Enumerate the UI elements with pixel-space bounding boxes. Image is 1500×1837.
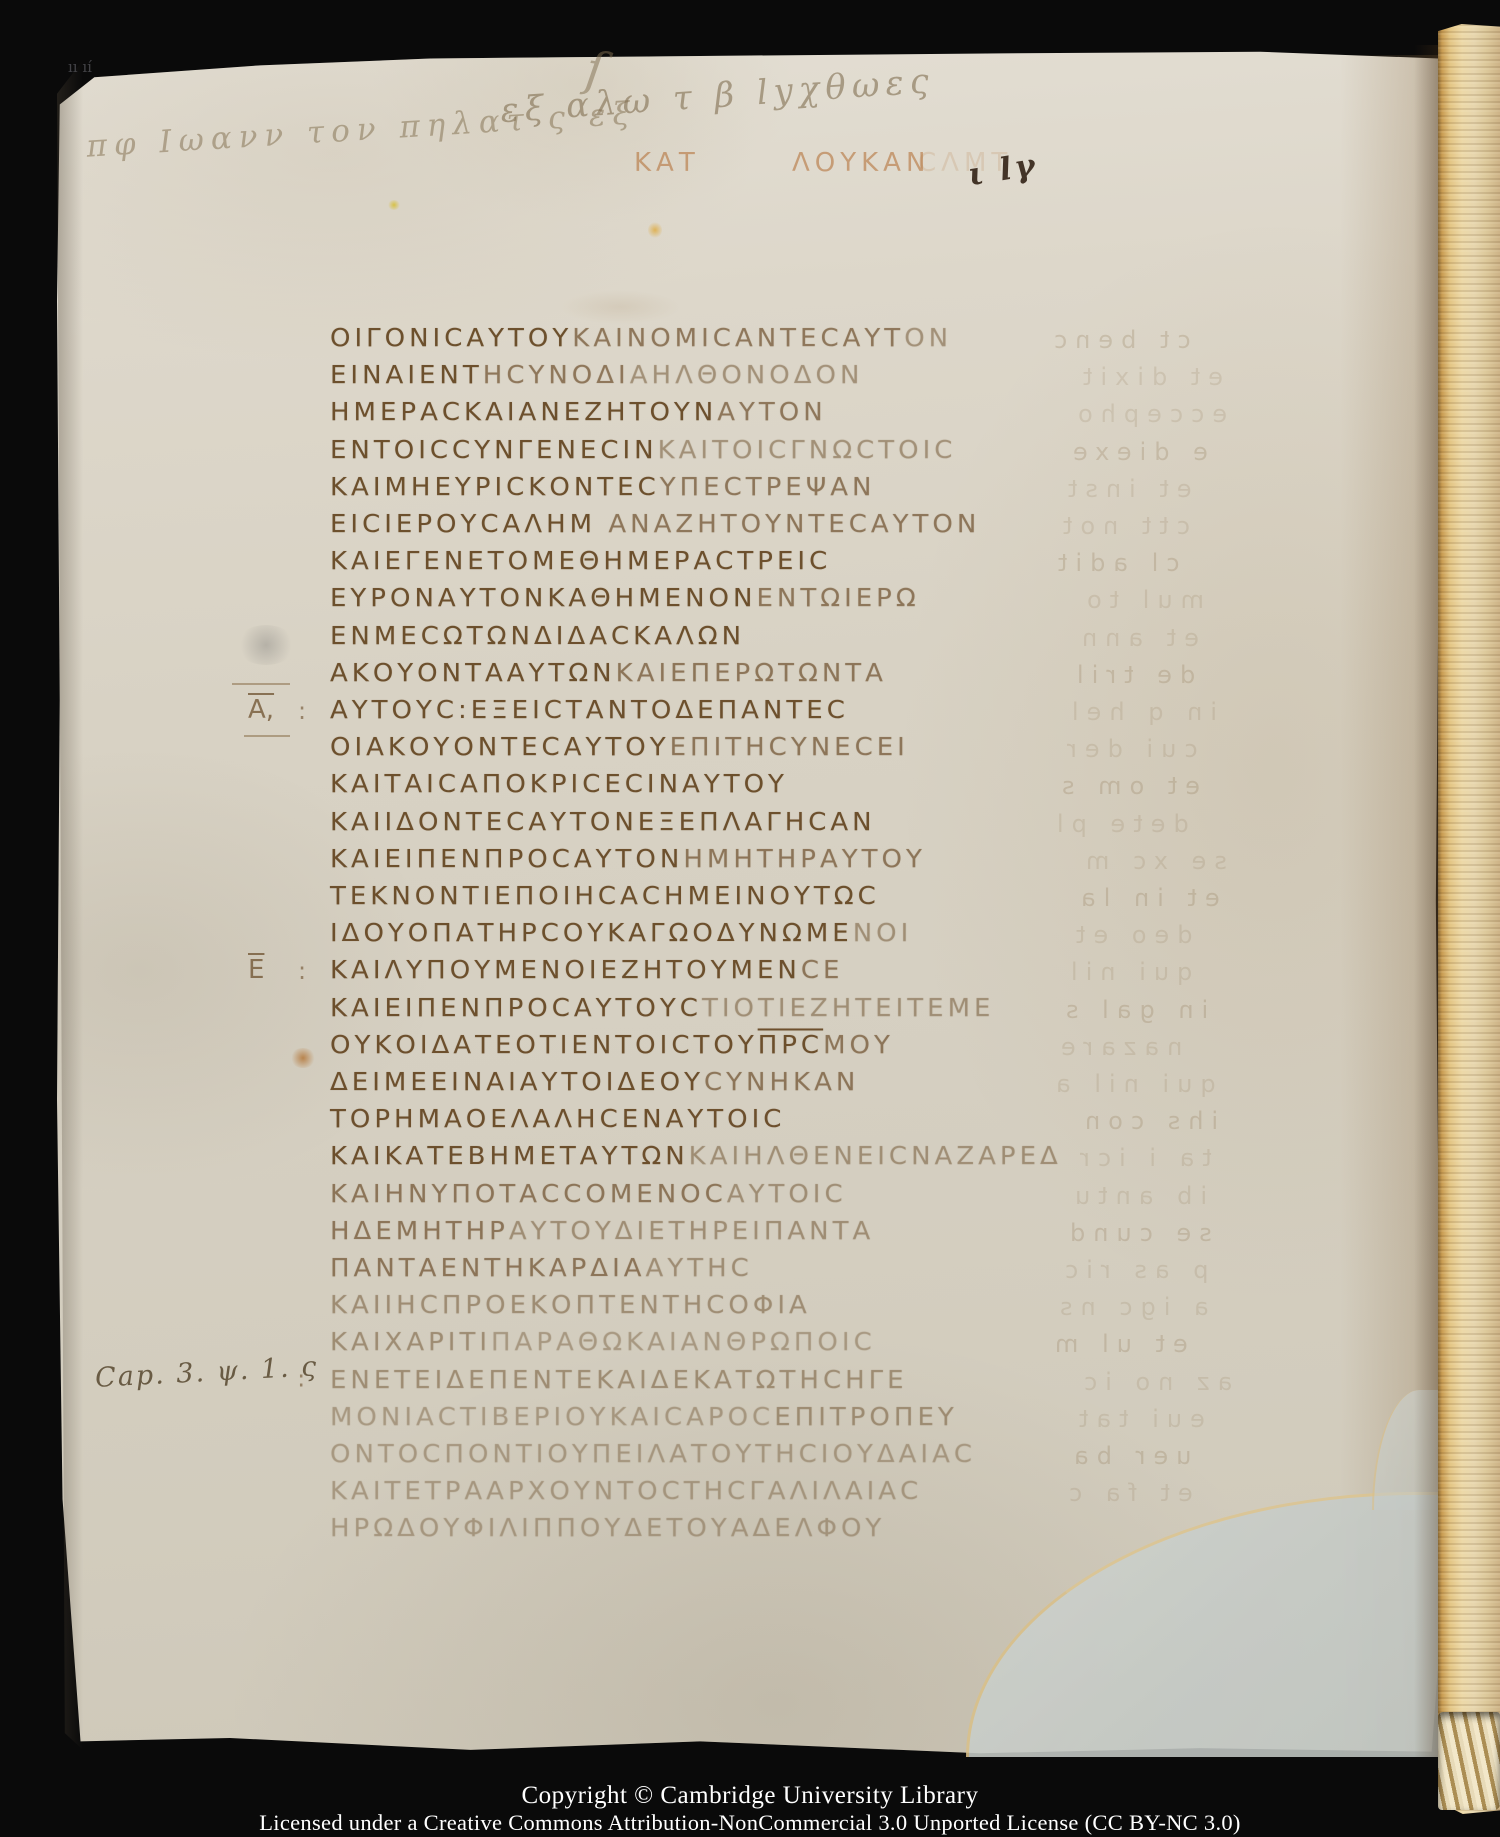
margin-colon: ∶ [298,1367,304,1395]
greek-text-segment: ΚΑΙΤΑΙCΑΠΟΚΡΙCΕCΙΝΑΥΤΟΥ [330,770,788,799]
greek-text-segment: ΚΑΙΙΔΟΝΤΕCΑΥΤΟΝΕΞΕΠΛΑΓΗCΑΝ [330,807,876,836]
greek-text-segment: ΕΝΤΟΙCCΥΝΓΕΝΕCΙΝ [330,435,658,464]
greek-text-segment: ΟΙΓΟΝΙCΑΥΤΟΥ [330,323,572,352]
greek-text-line: ΤΟΡΗΜΑΟΕΛΑΛΗCΕΝΑΥΤΟΙC [330,1105,785,1134]
greek-text-line: ΚΑΙΧΑΡΙΤΙΠΑΡΑΘΩΚΑΙΑΝΘΡΩΠΟΙC [330,1328,876,1357]
greek-text-line: ΚΑΙΙΗCΠΡΟΕΚΟΠΤΕΝΤΗCΟΦΙΑ [330,1291,811,1320]
greek-text-segment: ΙΔΟΥΟΠΑΤΗΡCΟΥΚΑΓΩΟΔΥΝΩΜΕ [330,919,853,948]
greek-text-line: ΚΑΙΤΕΤΡΑΑΡΧΟΥΝΤΟCΤΗCΓΑΛΙΛΑΙΑC [330,1477,922,1506]
latin-show-through-line: mul to [1079,586,1204,614]
greek-text-segment: ΕΙΝΑΙΕΝΤ [330,361,483,390]
margin-section-numeral: Α, [248,695,274,725]
greek-text-line: ΤΕΚΝΟΝΤΙΕΠΟΙΗCΑCΗΜΕΙΝΟΥΤΩC [330,881,880,910]
running-title-kata: ΚΑΤ [634,148,700,178]
greek-text-segment: ΑΝΑΖΗΤΟΥΝΤΕCΑΥΤΟΝ [608,509,980,538]
running-title-faded-tail: CΛΜΤ [918,148,1012,178]
latin-show-through-line: e diexe [1065,438,1208,466]
greek-text-segment: ΑΗΛΘΟΝΟΔΟΝ [630,361,864,390]
greek-text-line: ΕΙCΙΕΡΟΥCΑΛΗΜ ΑΝΑΖΗΤΟΥΝΤΕCΑΥΤΟΝ [330,509,980,538]
latin-show-through-line: et ann [1074,624,1199,652]
greek-text-segment: ΠΡC [758,1030,823,1059]
greek-text-segment: ΚΑΙΙΗCΠΡΟΕΚΟΠΤΕΝΤΗCΟΦΙΑ [330,1291,811,1320]
latin-show-through-line: se cund [1062,1219,1212,1247]
manuscript-photo-stage: ıı ıí πφ Ιωανν τον πηλατ ς εξ εξ αλω τ β… [0,0,1500,1837]
corner-pen-marks: ıı ıí [68,58,92,76]
greek-text-segment: ΚΑΙΕΙΠΕΝΠΡΟCΑΥΤΟΝ [330,844,683,873]
latin-show-through-line: cl adit [1050,549,1180,577]
latin-show-through-line: ctt not [1055,512,1190,540]
greek-text-segment: ΗΜΕΡΑCΚΑΙΑΝΕΖΗΤΟΥΝ [330,398,717,427]
latin-show-through-line: in q hel [1064,698,1217,726]
greek-text-segment: ΚΑΙΤΕΤΡΑΑΡΧΟΥΝΤΟCΤΗCΓΑΛΙΛΑΙΑC [330,1477,922,1506]
greek-text-line: ΙΔΟΥΟΠΑΤΗΡCΟΥΚΑΓΩΟΔΥΝΩΜΕΝΟΙ [330,919,912,948]
greek-text-line: ΚΑΙΕΓΕΝΕΤΟΜΕΘΗΜΕΡΑCΤΡΕΙC [330,547,831,576]
greek-text-segment: ΚΑΙΧΑΡΙΤΙ [330,1328,491,1357]
margin-bar [232,683,290,685]
greek-text-line: ΕΙΝΑΙΕΝΤΗCΥΝΟΔΙΑΗΛΘΟΝΟΔΟΝ [330,361,863,390]
latin-show-through-line: qui nil a [1048,1070,1216,1098]
greek-text-segment: ΟΝ [904,323,952,352]
greek-text-line: ΚΑΙΗΝΥΠΟΤΑCCΟΜΕΝΟCΑΥΤΟΙC [330,1179,847,1208]
greek-text-segment: ΠΑΡΑΘΩΚΑΙΑΝΘΡΩΠΟΙC [491,1328,876,1357]
greek-text-line: ΕΝΜΕCΩΤΩΝΔΙΔΑCΚΑΛΩΝ [330,621,745,650]
greek-text-segment: ΥΠΕCΤΡΕΨΑΝ [660,472,876,501]
latin-show-through-line: et fa c [1061,1479,1193,1507]
greek-text-segment: ΕΝΕΤΕΙΔΕΠΕΝΤΕΚΑΙΔΕΚΑΤΩΤΗCΗΓΕ [330,1365,908,1394]
latin-show-through-line: se xc m [1078,847,1227,875]
greek-text-line: ΕΝΕΤΕΙΔΕΠΕΝΤΕΚΑΙΔΕΚΑΤΩΤΗCΗΓΕ [330,1365,908,1394]
latin-show-through-line: et in la [1073,884,1220,912]
latin-show-through-line: qui nil [1063,958,1192,986]
margin-bar [244,735,290,737]
license-line: Licensed under a Creative Commons Attrib… [0,1810,1500,1836]
greek-text-segment: ΔΕΙΜΕΕΙΝΑΙΑΥΤΟΙΔΕΟΥ [330,1067,704,1096]
greek-text-line: ΟΙΓΟΝΙCΑΥΤΟΥΚΑΙΝΟΜΙCΑΝΤΕCΑΥΤΟΝ [330,323,952,352]
margin-section-numeral: Ε [248,955,264,985]
latin-show-through-line: deo et [1068,921,1193,949]
greek-text-segment: ΑΚΟΥΟΝΤΑΑΥΤΩΝ [330,658,616,687]
greek-text-segment: CΕ [801,956,844,985]
greek-text-segment: ΕΝΤΩΙΕΡΩ [756,584,919,613]
book-fore-edge [1438,24,1500,1814]
greek-text-segment: ΑΥΤΗC [646,1253,753,1282]
greek-text-segment: ΟΙΑΚΟΥΟΝΤΕCΑΥΤΟΥ [330,733,670,762]
greek-text-segment: ΕΠΙΤΡΟΠΕΥ [774,1402,958,1431]
greek-text-segment: ΚΑΙΛΥΠΟΥΜΕΝΟΙΕΖΗΤΟΥΜΕΝ [330,956,801,985]
greek-text-line: ΚΑΙΤΑΙCΑΠΟΚΡΙCΕCΙΝΑΥΤΟΥ [330,770,788,799]
greek-text-segment: ΜΟΝΙΑCΤΙΒΕΡΙΟΥΚΑΙCΑΡΟC [330,1402,774,1431]
greek-text-segment: ΟΥΚΟΙΔΑΤΕΟΤΙΕΝΤΟΙCΤΟΥ [330,1030,758,1059]
latin-show-through-line: nazare [1053,1033,1182,1061]
latin-show-through-line: ihs con [1077,1107,1218,1135]
greek-text-line: ΚΑΙΜΗΕΥΡΙCΚΟΝΤΕCΥΠΕCΤΡΕΨΑΝ [330,472,875,501]
latin-show-through-line: de tril [1069,661,1195,689]
greek-text-segment: ΗΜΗΤΗΡΑΥΤΟΥ [683,844,926,873]
latin-show-through-line: ct benc [1046,326,1191,354]
greek-text-segment: ΚΑΙΤΟΙCΓΝΩCΤΟΙC [658,435,957,464]
greek-text-segment: ΑΥΤΟΙC [727,1179,847,1208]
greek-text-segment: ΗΡΩΔΟΥΦΙΛΙΠΠΟΥΔΕΤΟΥΑΔΕΛΦΟΥ [330,1514,885,1543]
greek-text-line: ΟΙΑΚΟΥΟΝΤΕCΑΥΤΟΥΕΠΙΤΗCΥΝΕCΕΙ [330,733,909,762]
greek-text-segment: ΟΝΤΟCΠΟΝΤΙΟΥΠΕΙΛΑΤΟΥΤΗCΙΟΥΔΑΙΑC [330,1439,976,1468]
greek-text-segment: ΚΑΙΕΠΕΡΩΤΩΝΤΑ [616,658,887,687]
latin-show-through-line: eui tat [1071,1405,1205,1433]
latin-show-through-line: ib antu [1067,1182,1207,1210]
latin-show-through-line: uer ba [1066,1442,1191,1470]
greek-text-segment: ΚΑΙΕΓΕΝΕΤΟΜΕΘΗΜΕΡΑCΤΡΕΙC [330,547,831,576]
greek-text-line: ΚΑΙΙΔΟΝΤΕCΑΥΤΟΝΕΞΕΠΛΑΓΗCΑΝ [330,807,876,836]
latin-show-through-line: et om s [1054,772,1200,800]
greek-text-segment: ΜΟΥ [823,1030,894,1059]
greek-text-line: ΟΝΤΟCΠΟΝΤΙΟΥΠΕΙΛΑΤΟΥΤΗCΙΟΥΔΑΙΑC [330,1439,976,1468]
greek-text-line: ΚΑΙΕΙΠΕΝΠΡΟCΑΥΤΟΥCΤΙΟΤΙΕΖΗΤΕΙΤΕΜΕ [330,993,994,1022]
greek-text-segment: ΚΑΙΕΙΠΕΝΠΡΟCΑΥΤΟΥC [330,993,702,1022]
greek-text-line: ΔΕΙΜΕΕΙΝΑΙΑΥΤΟΙΔΕΟΥCΥΝΗΚΑΝ [330,1067,859,1096]
greek-text-line: ΟΥΚΟΙΔΑΤΕΟΤΙΕΝΤΟΙCΤΟΥΠΡCΜΟΥ [330,1030,894,1059]
greek-text-segment: ΚΑΙΗΛΘΕΝΕΙCΝΑΖΑΡΕΔ [689,1142,1062,1171]
greek-text-line: ΑΥΤΟΥC:ΕΞΕΙCΤΑΝΤΟΔΕΠΑΝΤΕC [330,695,849,724]
greek-text-line: ΚΑΙΚΑΤΕΒΗΜΕΤΑΥΤΩΝΚΑΙΗΛΘΕΝΕΙCΝΑΖΑΡΕΔ [330,1142,1062,1171]
greek-text-line: ΕΝΤΟΙCCΥΝΓΕΝΕCΙΝΚΑΙΤΟΙCΓΝΩCΤΟΙC [330,435,956,464]
greek-text-segment: ΠΑΝΤΑΕΝΤΗΚΑΡΔΙΑ [330,1253,646,1282]
greek-text-segment: ΕΙCΙΕΡΟΥCΑΛΗΜ [330,509,608,538]
greek-text-segment: ΗΔΕΜΗΤΗΡ [330,1216,509,1245]
greek-text-segment: ΗCΥΝΟΔΙ [483,361,630,390]
latin-show-through-line: eccepho [1070,400,1227,428]
greek-text-segment: ΤΟΡΗΜΑΟΕΛΑΛΗCΕΝΑΥΤΟΙC [330,1105,785,1134]
latin-show-through-line: az no ic [1076,1368,1232,1396]
greek-text-segment: ΚΑΙΚΑΤΕΒΗΜΕΤΑΥΤΩΝ [330,1142,689,1171]
margin-colon: : [298,697,306,725]
greek-text-segment: ΕΥΡΟΝΑΥΤΟΝΚΑΘΗΜΕΝΟΝ [330,584,756,613]
greek-text-segment: ΚΑΙΝΟΜΙCΑΝΤΕCΑΥΤ [572,323,904,352]
greek-text-line: ΕΥΡΟΝΑΥΤΟΝΚΑΘΗΜΕΝΟΝΕΝΤΩΙΕΡΩ [330,584,920,613]
greek-text-line: ΗΔΕΜΗΤΗΡΑΥΤΟΥΔΙΕΤΗΡΕΙΠΑΝΤΑ [330,1216,874,1245]
greek-text-line: ΚΑΙΛΥΠΟΥΜΕΝΟΙΕΖΗΤΟΥΜΕΝCΕ [330,956,843,985]
latin-show-through-line: dete pl [1049,810,1189,838]
greek-text-line: ΚΑΙΕΙΠΕΝΠΡΟCΑΥΤΟΝΗΜΗΤΗΡΑΥΤΟΥ [330,844,926,873]
latin-show-through-line: et inst [1060,475,1192,503]
greek-text-segment: ΑΥΤΟΥΔΙΕΤΗΡΕΙΠΑΝΤΑ [509,1216,874,1245]
greek-text-line: ΑΚΟΥΟΝΤΑΑΥΤΩΝΚΑΙΕΠΕΡΩΤΩΝΤΑ [330,658,887,687]
greek-text-segment: ΕΝΜΕCΩΤΩΝΔΙΔΑCΚΑΛΩΝ [330,621,745,650]
greek-text-line: ΠΑΝΤΑΕΝΤΗΚΑΡΔΙΑΑΥΤΗC [330,1253,753,1282]
greek-text-line: ΗΡΩΔΟΥΦΙΛΙΠΠΟΥΔΕΤΟΥΑΔΕΛΦΟΥ [330,1514,885,1543]
latin-show-through-line: p as ric [1057,1256,1208,1284]
greek-text-segment: ΚΑΙΜΗΕΥΡΙCΚΟΝΤΕC [330,472,660,501]
greek-text-segment: ΤΕΚΝΟΝΤΙΕΠΟΙΗCΑCΗΜΕΙΝΟΥΤΩC [330,881,880,910]
greek-text-line: ΗΜΕΡΑCΚΑΙΑΝΕΖΗΤΟΥΝΑΥΤΟΝ [330,398,827,427]
latin-show-through-line: in gal s [1058,996,1208,1024]
greek-text-segment: ΑΥΤΟΝ [717,398,826,427]
latin-show-through-line: et dixit [1075,363,1223,391]
greek-text-line: ΜΟΝΙΑCΤΙΒΕΡΙΟΥΚΑΙCΑΡΟCΕΠΙΤΡΟΠΕΥ [330,1402,958,1431]
copyright-line: Copyright © Cambridge University Library [0,1782,1500,1810]
latin-show-through-line: ta i icr [1072,1144,1212,1172]
gutter-shadow [1414,45,1442,1757]
latin-show-through-line: cui der [1059,735,1198,763]
latin-show-through-line: et ul m [1047,1330,1188,1358]
greek-text-segment: ΕΠΙΤΗCΥΝΕCΕΙ [670,733,909,762]
greek-text-segment: CΥΝΗΚΑΝ [704,1067,859,1096]
greek-text-segment: ΤΙΟΤΙΕΖΗΤΕΙΤΕΜΕ [702,993,995,1022]
running-title-loukan: ΛΟΥΚΑΝ [792,148,930,178]
margin-colon: : [298,957,306,985]
latin-show-through-line: a igc ns [1052,1293,1209,1321]
greek-text-segment: ΚΑΙΗΝΥΠΟΤΑCCΟΜΕΝΟC [330,1179,727,1208]
greek-text-segment: ΑΥΤΟΥC:ΕΞΕΙCΤΑΝΤΟΔΕΠΑΝΤΕC [330,695,849,724]
page-left-edge-shadow [57,60,83,1750]
greek-text-segment: ΝΟΙ [853,919,913,948]
